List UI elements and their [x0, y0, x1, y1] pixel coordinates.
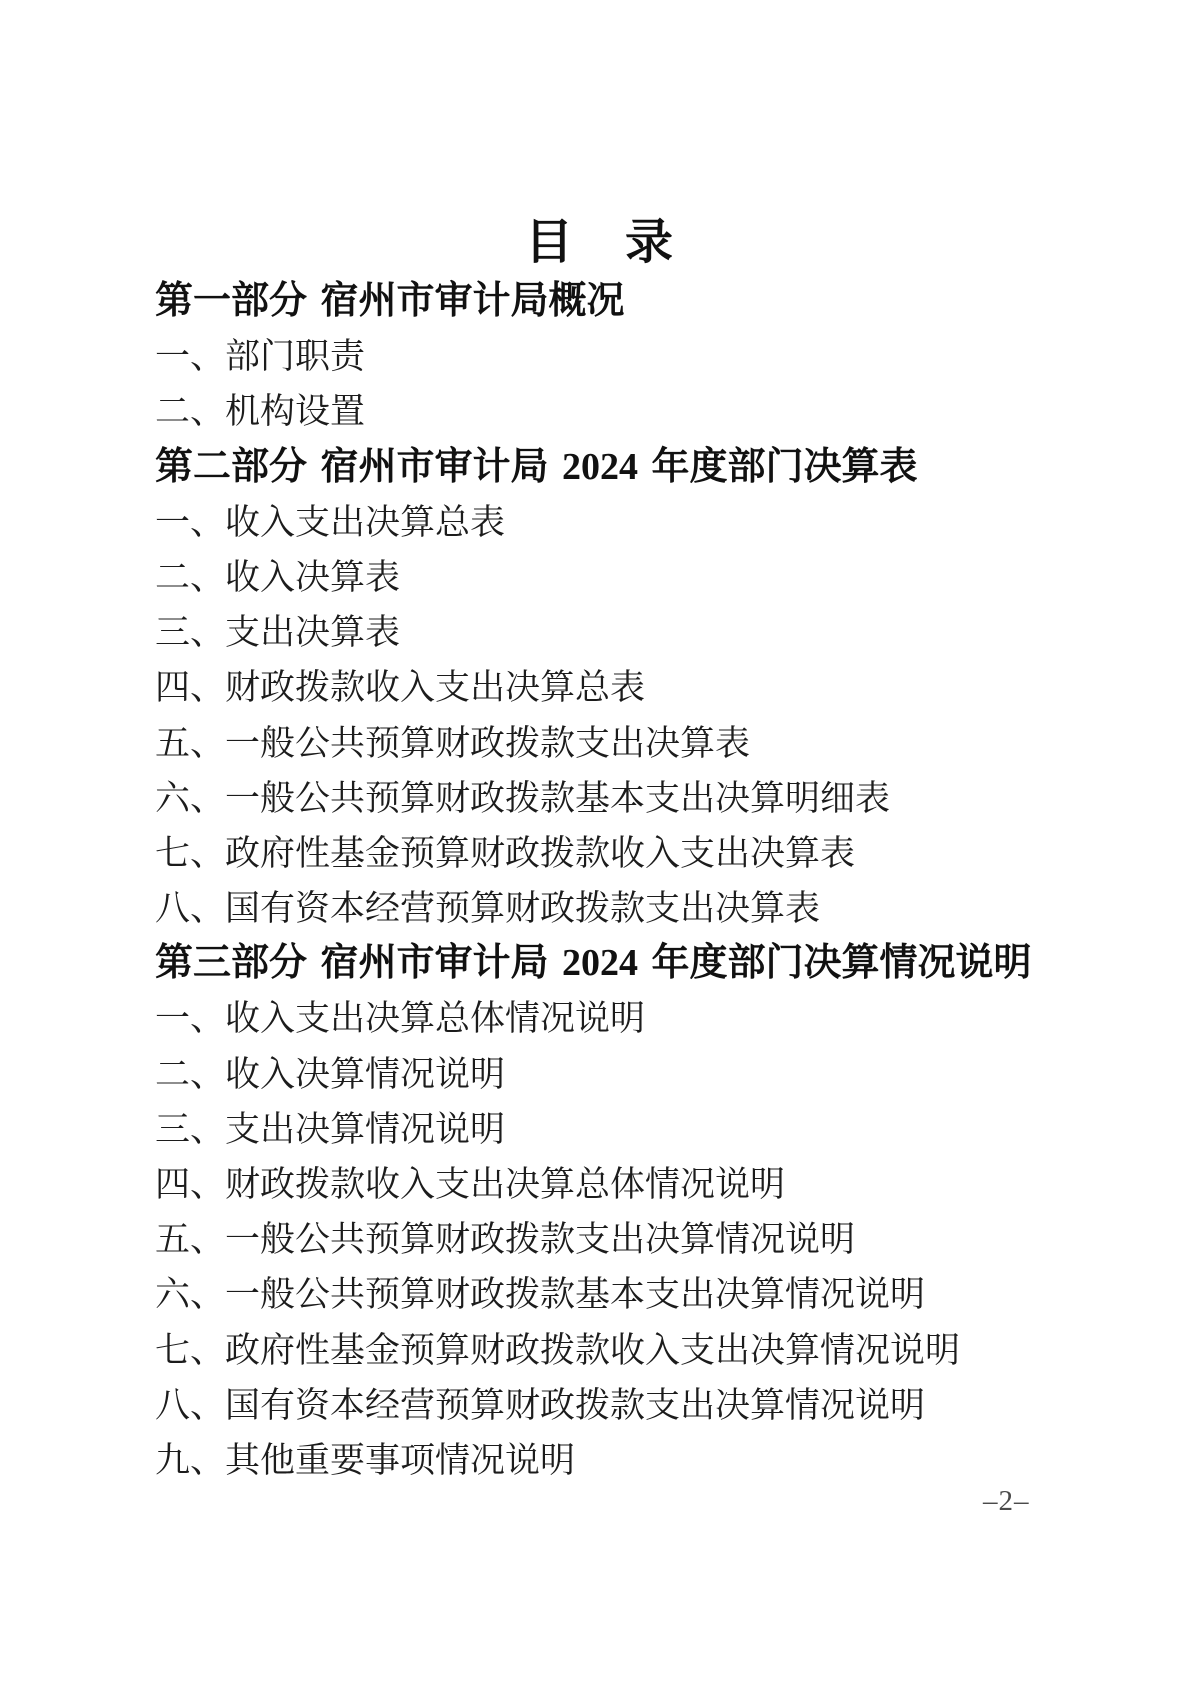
toc-item-s2-6: 六、一般公共预算财政拨款基本支出决算明细表 — [155, 771, 1055, 826]
toc-item-s2-1: 一、收入支出决算总表 — [155, 495, 1055, 550]
page-title: 目 录 — [155, 212, 1045, 274]
toc-item-s3-5: 五、一般公共预算财政拨款支出决算情况说明 — [155, 1212, 1055, 1267]
toc-item-s2-2: 二、收入决算表 — [155, 550, 1055, 605]
toc-section-heading-1: 第一部分 宿州市审计局概况 — [155, 274, 1055, 329]
toc-item-s3-8: 八、国有资本经营预算财政拨款支出决算情况说明 — [155, 1378, 1055, 1433]
toc-item-s2-8: 八、国有资本经营预算财政拨款支出决算表 — [155, 881, 1055, 936]
toc-item-s2-3: 三、支出决算表 — [155, 605, 1055, 660]
toc-item-s3-7: 七、政府性基金预算财政拨款收入支出决算情况说明 — [155, 1323, 1055, 1378]
toc-section-heading-3: 第三部分 宿州市审计局 2024 年度部门决算情况说明 — [155, 936, 1055, 991]
toc-item-s3-1: 一、收入支出决算总体情况说明 — [155, 991, 1055, 1046]
toc-item-s3-6: 六、一般公共预算财政拨款基本支出决算情况说明 — [155, 1267, 1055, 1322]
toc-item-s1-2: 二、机构设置 — [155, 384, 1055, 439]
toc-item-s2-7: 七、政府性基金预算财政拨款收入支出决算表 — [155, 826, 1055, 881]
page-number: –2– — [983, 1484, 1030, 1518]
toc-item-s2-4: 四、财政拨款收入支出决算总表 — [155, 660, 1055, 715]
toc-item-s2-5: 五、一般公共预算财政拨款支出决算表 — [155, 716, 1055, 771]
toc-item-s3-9: 九、其他重要事项情况说明 — [155, 1433, 1055, 1488]
toc-item-s3-2: 二、收入决算情况说明 — [155, 1047, 1055, 1102]
toc-item-s3-4: 四、财政拨款收入支出决算总体情况说明 — [155, 1157, 1055, 1212]
document-page: 目 录 第一部分 宿州市审计局概况 一、部门职责 二、机构设置 第二部分 宿州市… — [0, 0, 1190, 1683]
table-of-contents: 第一部分 宿州市审计局概况 一、部门职责 二、机构设置 第二部分 宿州市审计局 … — [155, 274, 1055, 1488]
toc-section-heading-2: 第二部分 宿州市审计局 2024 年度部门决算表 — [155, 440, 1055, 495]
toc-item-s3-3: 三、支出决算情况说明 — [155, 1102, 1055, 1157]
toc-item-s1-1: 一、部门职责 — [155, 329, 1055, 384]
